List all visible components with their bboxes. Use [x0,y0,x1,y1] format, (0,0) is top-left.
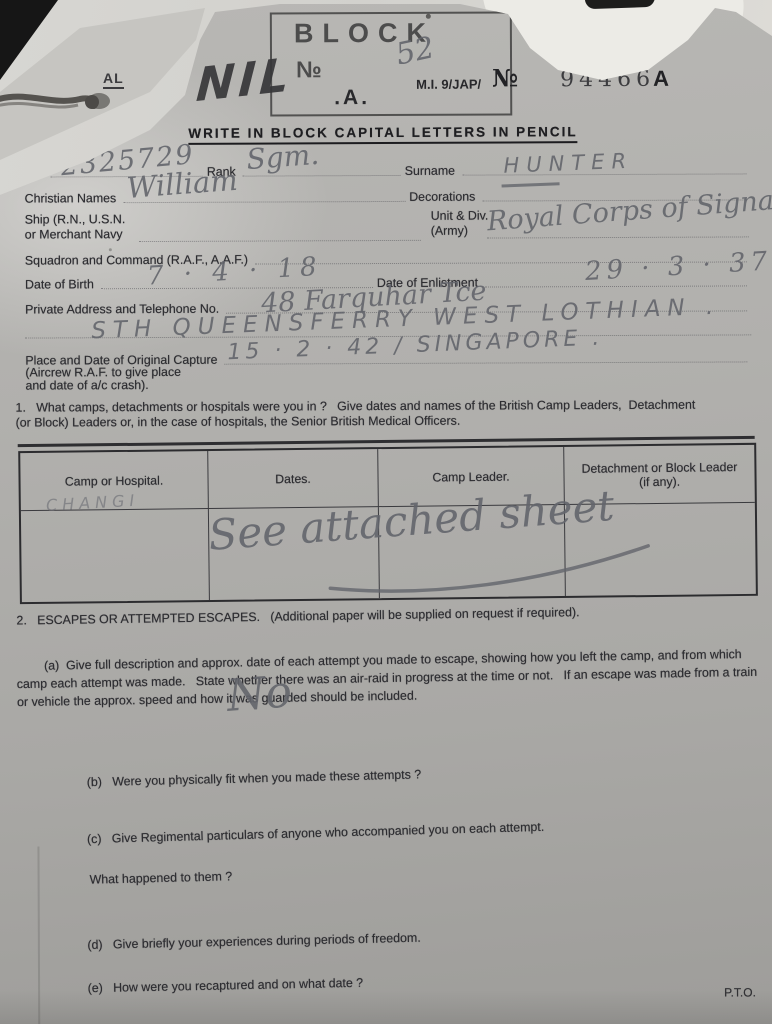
question2b-marker: (b) [87,775,102,789]
handwritten-escape-answer: No [225,666,294,722]
pencil-sweep-underline [0,0,772,1024]
form-page: BLOCK № .A. 52 NIL M.I. 9/JAP/ № 94466 A… [0,0,772,1024]
question2d-text: Give briefly your experiences during per… [113,931,421,952]
question2d: (d) Give briefly your experiences during… [59,917,421,967]
question2b: (b) Were you physically fit when you mad… [59,753,422,804]
question2e: (e) How were you recaptured and on what … [60,962,364,1010]
question2c-marker: (c) [87,832,102,846]
torn-stamp-fragment: AL [103,70,124,89]
question2a-text: Give full description and approx. date o… [17,647,761,709]
question2d-marker: (d) [87,938,102,952]
paper-speck [426,14,431,19]
page-turn-over-note: P.T.O. [724,985,756,999]
question2a: (a) Give full description and approx. da… [16,628,761,730]
question2e-marker: (e) [87,981,102,995]
question2c-text: Give Regimental particulars of anyone wh… [112,820,545,846]
scanned-document-photo: AL BLOCK № .A. 52 NIL M.I. 9/JAP/ № 9446… [0,0,772,1024]
question2b-text: Were you physically fit when you made th… [112,767,421,788]
question2a-marker: (a) [44,658,59,672]
question2e-text: How were you recaptured and on what date… [113,976,363,995]
paper-speck [109,248,112,251]
